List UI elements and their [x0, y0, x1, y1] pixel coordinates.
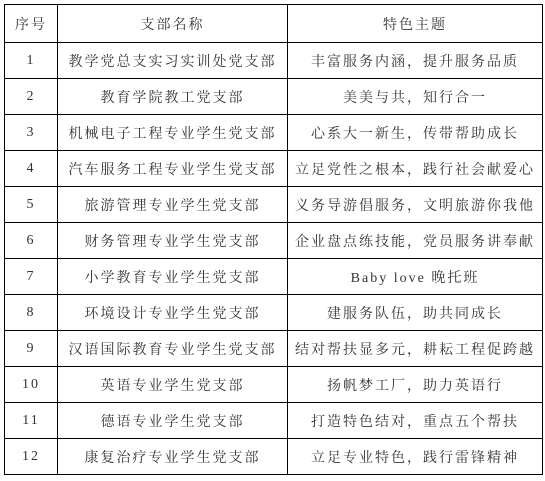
- cell-index: 11: [5, 403, 58, 439]
- table-row: 12康复治疗专业学生党支部立足专业特色，践行雷锋精神: [5, 439, 543, 475]
- cell-index: 6: [5, 223, 58, 259]
- cell-index: 2: [5, 79, 58, 115]
- table-row: 11德语专业学生党支部打造特色结对，重点五个帮扶: [5, 403, 543, 439]
- table-row: 10英语专业学生党支部扬帆梦工厂，助力英语行: [5, 367, 543, 403]
- cell-theme: 立足党性之根本，践行社会献爱心: [288, 151, 543, 187]
- cell-branch-name: 汽车服务工程专业学生党支部: [58, 151, 288, 187]
- table-row: 8环境设计专业学生党支部建服务队伍，助共同成长: [5, 295, 543, 331]
- header-index: 序号: [5, 5, 58, 43]
- cell-branch-name: 教育学院教工党支部: [58, 79, 288, 115]
- table-row: 9汉语国际教育专业学生党支部结对帮扶显多元，耕耘工程促跨越: [5, 331, 543, 367]
- header-branch-name: 支部名称: [58, 5, 288, 43]
- table-row: 5旅游管理专业学生党支部义务导游倡服务，文明旅游你我他: [5, 187, 543, 223]
- cell-index: 9: [5, 331, 58, 367]
- table-row: 7小学教育专业学生党支部Baby love 晚托班: [5, 259, 543, 295]
- cell-theme: 结对帮扶显多元，耕耘工程促跨越: [288, 331, 543, 367]
- cell-branch-name: 汉语国际教育专业学生党支部: [58, 331, 288, 367]
- cell-index: 3: [5, 115, 58, 151]
- table-row: 3机械电子工程专业学生党支部心系大一新生，传带帮助成长: [5, 115, 543, 151]
- table-row: 2教育学院教工党支部美美与共，知行合一: [5, 79, 543, 115]
- cell-index: 12: [5, 439, 58, 475]
- cell-theme: Baby love 晚托班: [288, 259, 543, 295]
- cell-branch-name: 英语专业学生党支部: [58, 367, 288, 403]
- cell-theme: 美美与共，知行合一: [288, 79, 543, 115]
- document-page: 序号 支部名称 特色主题 1教学党总支实习实训处党支部丰富服务内涵，提升服务品质…: [0, 0, 545, 481]
- cell-index: 10: [5, 367, 58, 403]
- cell-index: 8: [5, 295, 58, 331]
- cell-theme: 扬帆梦工厂，助力英语行: [288, 367, 543, 403]
- cell-theme: 打造特色结对，重点五个帮扶: [288, 403, 543, 439]
- cell-index: 4: [5, 151, 58, 187]
- cell-branch-name: 环境设计专业学生党支部: [58, 295, 288, 331]
- cell-branch-name: 财务管理专业学生党支部: [58, 223, 288, 259]
- header-theme: 特色主题: [288, 5, 543, 43]
- cell-branch-name: 康复治疗专业学生党支部: [58, 439, 288, 475]
- cell-theme: 义务导游倡服务，文明旅游你我他: [288, 187, 543, 223]
- table-row: 4汽车服务工程专业学生党支部立足党性之根本，践行社会献爱心: [5, 151, 543, 187]
- table-row: 6财务管理专业学生党支部企业盘点练技能，党员服务讲奉献: [5, 223, 543, 259]
- table-row: 1教学党总支实习实训处党支部丰富服务内涵，提升服务品质: [5, 43, 543, 79]
- cell-theme: 企业盘点练技能，党员服务讲奉献: [288, 223, 543, 259]
- cell-theme: 心系大一新生，传带帮助成长: [288, 115, 543, 151]
- branch-theme-table: 序号 支部名称 特色主题 1教学党总支实习实训处党支部丰富服务内涵，提升服务品质…: [4, 4, 543, 475]
- header-row: 序号 支部名称 特色主题: [5, 5, 543, 43]
- cell-index: 7: [5, 259, 58, 295]
- cell-branch-name: 旅游管理专业学生党支部: [58, 187, 288, 223]
- cell-branch-name: 教学党总支实习实训处党支部: [58, 43, 288, 79]
- cell-branch-name: 德语专业学生党支部: [58, 403, 288, 439]
- cell-branch-name: 小学教育专业学生党支部: [58, 259, 288, 295]
- cell-theme: 立足专业特色，践行雷锋精神: [288, 439, 543, 475]
- cell-index: 1: [5, 43, 58, 79]
- cell-index: 5: [5, 187, 58, 223]
- cell-theme: 丰富服务内涵，提升服务品质: [288, 43, 543, 79]
- cell-branch-name: 机械电子工程专业学生党支部: [58, 115, 288, 151]
- cell-theme: 建服务队伍，助共同成长: [288, 295, 543, 331]
